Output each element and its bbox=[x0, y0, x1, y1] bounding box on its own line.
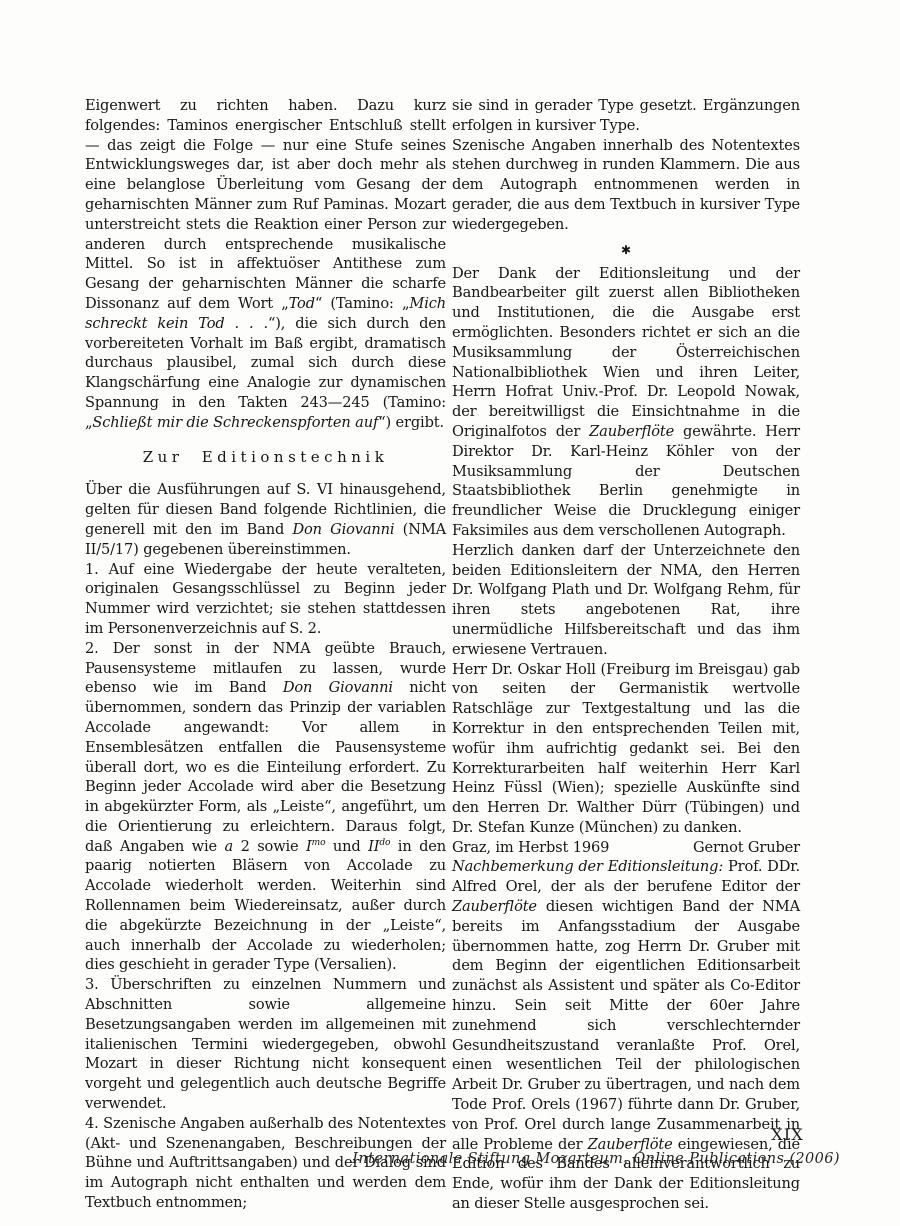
signoff-place-date: Graz, im Herbst 1969 bbox=[452, 838, 609, 858]
type-paragraph: sie sind in gerader Type gesetzt. Ergänz… bbox=[452, 96, 800, 136]
page-number: XIX bbox=[740, 1125, 804, 1144]
intro-paragraph: Eigenwert zu richten haben. Dazu kurz fo… bbox=[85, 96, 446, 433]
right-column: sie sind in gerader Type gesetzt. Ergänz… bbox=[452, 96, 800, 1214]
editors-thanks-paragraph: Herzlich danken darf der Unterzeichnete … bbox=[452, 541, 800, 660]
signoff-line: Graz, im Herbst 1969 Gernot Gruber bbox=[452, 838, 800, 858]
guidelines-paragraph: Über die Ausführungen auf S. VI hinausge… bbox=[85, 480, 446, 559]
scanned-document-page: Eigenwert zu richten haben. Dazu kurz fo… bbox=[0, 0, 900, 1226]
left-column: Eigenwert zu richten haben. Dazu kurz fo… bbox=[85, 96, 446, 1213]
szenische-paragraph: Szenische Angaben innerhalb des Notentex… bbox=[452, 136, 800, 235]
numbered-item-1: 1. Auf eine Wiedergabe der heute veralte… bbox=[85, 560, 446, 639]
numbered-item-2: 2. Der sonst in der NMA geübte Brauch, P… bbox=[85, 639, 446, 976]
footer-credit: Internationale Stiftung Mozarteum, Onlin… bbox=[352, 1151, 840, 1167]
acknowledgements-paragraph: Der Dank der Editionsleitung und der Ban… bbox=[452, 264, 800, 541]
numbered-item-3: 3. Überschriften zu einzelnen Nummern un… bbox=[85, 975, 446, 1114]
section-heading: Zur Editionstechnik bbox=[85, 448, 446, 468]
signoff-author-name: Gernot Gruber bbox=[693, 838, 800, 858]
asterisk-separator-icon: ✱ bbox=[452, 243, 800, 257]
holl-thanks-paragraph: Herr Dr. Oskar Holl (Freiburg im Breisga… bbox=[452, 660, 800, 838]
